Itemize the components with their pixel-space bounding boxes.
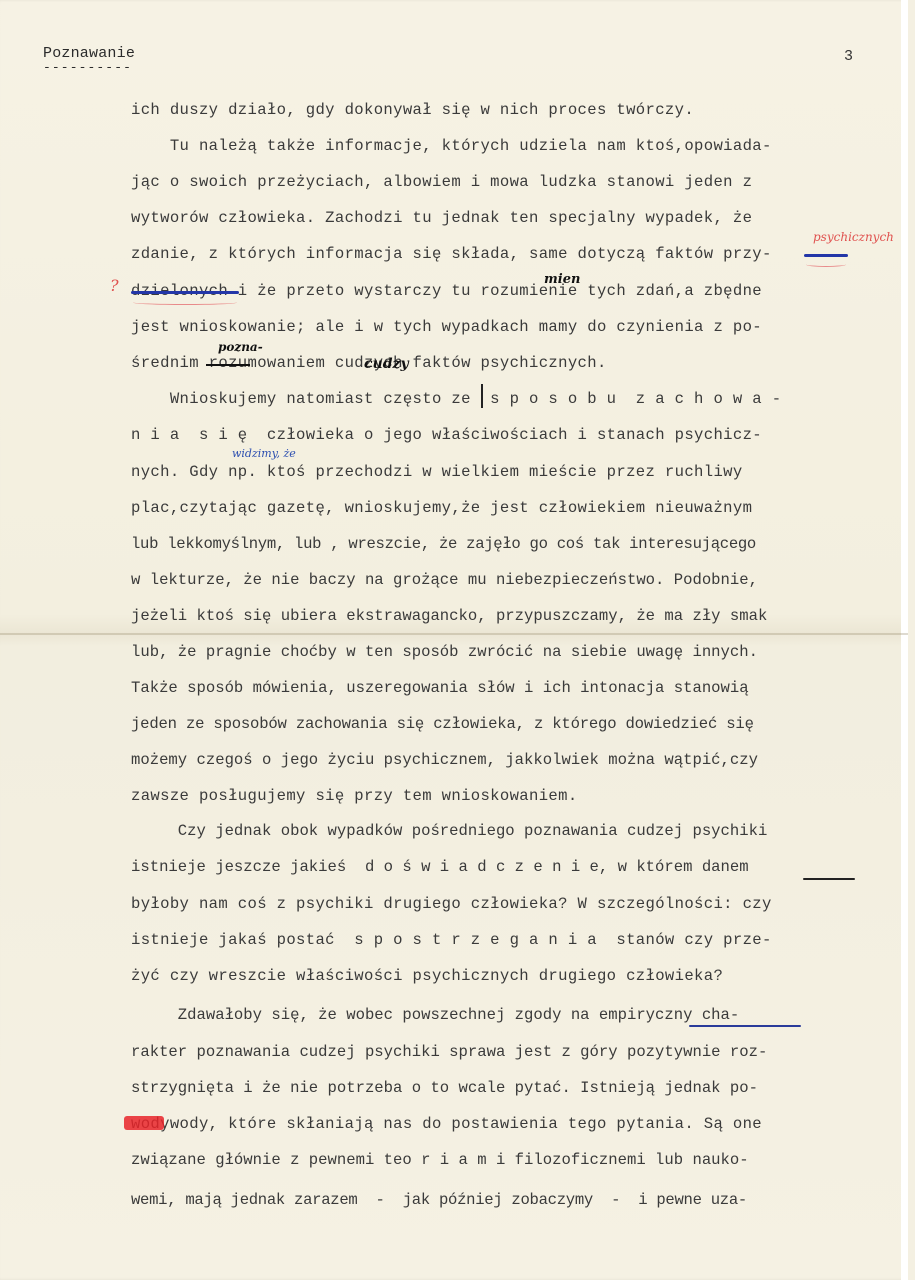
text-line: lub lekkomyślnym, lub , wreszcie, że zaj…: [131, 535, 756, 553]
margin-query-mark: ?: [110, 276, 119, 295]
strikethrough-mark: [206, 364, 250, 366]
text-line: istnieje jakaś postać s p o s t r z e g …: [131, 931, 772, 949]
text-line: żyć czy wreszcie właściwości psychicznyc…: [131, 967, 723, 985]
handwritten-insertion-cudzy: cudzy: [364, 356, 409, 372]
text-line: jest wnioskowanie; ale i w tych wypadkac…: [131, 318, 762, 336]
text-line: Czy jednak obok wypadków pośredniego poz…: [131, 822, 767, 840]
annotation-psychicznych: psychicznych: [813, 230, 894, 244]
strikethrough-mark: [131, 291, 239, 294]
text-line: Wnioskujemy natomiast często ze s p o s …: [131, 390, 781, 408]
text-line: byłoby nam coś z psychiki drugiego człow…: [131, 895, 772, 913]
page-edge: [901, 0, 908, 1280]
wavy-underline-mark: [133, 300, 237, 305]
text-line: wemi, mają jednak zarazem - jak później …: [131, 1191, 747, 1209]
text-line: ich duszy działo, gdy dokonywał się w ni…: [131, 101, 694, 119]
text-line: w lekturze, że nie baczy na grożące mu n…: [131, 571, 758, 589]
text-line: lub, że pragnie choćby w ten sposób zwró…: [131, 643, 758, 661]
text-line: istnieje jeszcze jakieś d o ś w i a d c …: [131, 858, 749, 876]
text-line: strzygnięta i że nie potrzeba o to wcale…: [131, 1079, 758, 1097]
text-line: jąc o swoich przeżyciach, albowiem i mow…: [131, 173, 752, 191]
page-number: 3: [844, 48, 853, 65]
handwritten-insertion-mien: mien: [544, 272, 580, 287]
text-line: jeżeli ktoś się ubiera ekstrawagancko, p…: [131, 607, 767, 625]
running-header-underline: ----------: [43, 60, 132, 75]
text-line: jeden ze sposobów zachowania się człowie…: [131, 715, 754, 733]
text-line: zdanie, z których informacja się składa,…: [131, 245, 772, 263]
annotation-widzimy-ze: widzimy, że: [232, 447, 296, 460]
text-line: wodywody, które skłaniają nas do postawi…: [131, 1115, 762, 1133]
text-line: związane głównie z pewnemi teo r i a m i…: [131, 1151, 749, 1169]
text-line: rakter poznawania cudzej psychiki sprawa…: [131, 1043, 767, 1061]
wavy-underline-mark: [806, 262, 846, 267]
underline-empiryczny: [689, 1025, 801, 1027]
text-line: Tu należą także informacje, których udzi…: [131, 137, 772, 155]
red-highlight-deletion: [124, 1116, 164, 1130]
text-line: Zdawałoby się, że wobec powszechnej zgod…: [131, 1006, 739, 1024]
text-line: możemy czegoś o jego życiu psychicznem, …: [131, 751, 758, 769]
document-page: Poznawanie ---------- 3 ich duszy działo…: [0, 0, 908, 1280]
handwritten-insertion-pozna: pozna-: [218, 340, 263, 354]
text-line: Także sposób mówienia, uszeregowania słó…: [131, 679, 749, 697]
text-line: zawsze posługujemy się przy tem wnioskow…: [131, 787, 578, 805]
text-line: wytworów człowieka. Zachodzi tu jednak t…: [131, 209, 752, 227]
word-separator-mark: [481, 384, 483, 408]
paper-fold-crease: [0, 633, 908, 635]
underline-danem: [803, 878, 855, 880]
strikethrough-mark: [804, 254, 848, 257]
text-line: plac,czytając gazetę, wnioskujemy,że jes…: [131, 499, 752, 517]
text-line: n i a s i ę człowieka o jego właściwości…: [131, 426, 762, 444]
text-line: nych. Gdy np. ktoś przechodzi w wielkiem…: [131, 463, 743, 481]
